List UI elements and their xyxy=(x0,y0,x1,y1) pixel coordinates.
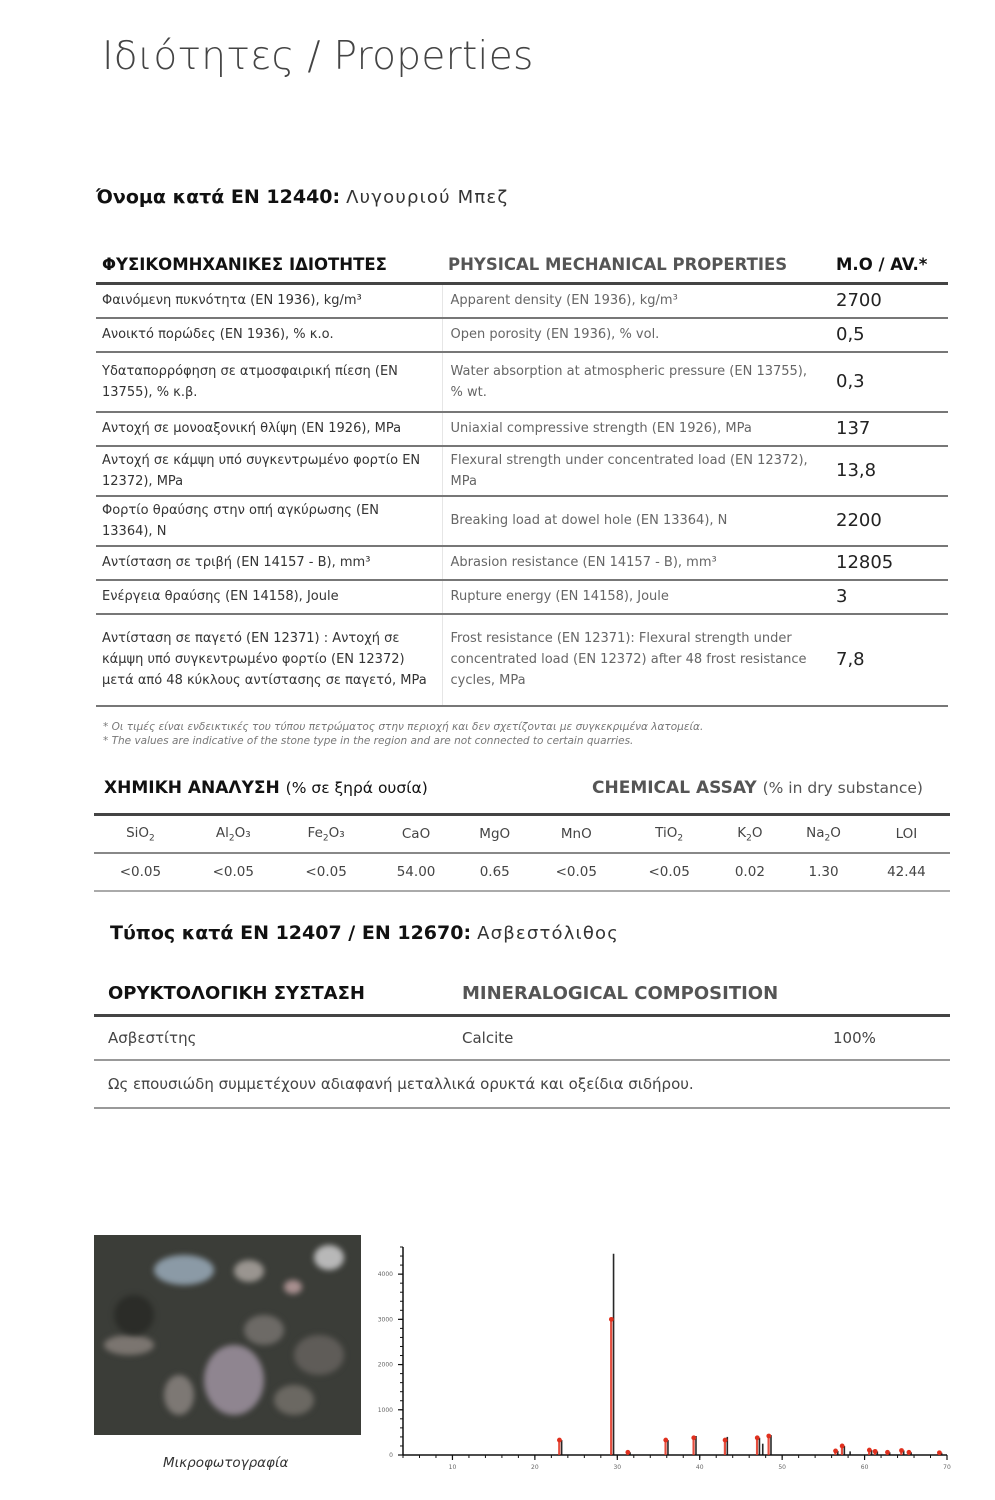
chemical-value: 42.44 xyxy=(863,853,950,891)
property-value: 0,3 xyxy=(826,352,948,412)
stone-name-line: Όνομα κατά EN 12440: Λυγουριού Μπεζ xyxy=(96,186,508,208)
property-english: Flexural strength under concentrated loa… xyxy=(442,446,826,496)
chemical-column-header: Fe2O₃ xyxy=(280,815,373,854)
chemical-value: 1.30 xyxy=(784,853,863,891)
micrograph-caption: Μικροφωτογραφία xyxy=(163,1455,288,1471)
property-english: Rupture energy (EN 14158), Joule xyxy=(442,580,826,614)
property-value: 0,5 xyxy=(826,318,948,352)
property-value: 2700 xyxy=(826,284,948,318)
stone-name-label: Όνομα κατά EN 12440: xyxy=(96,186,340,208)
svg-text:70: 70 xyxy=(943,1464,951,1471)
chemical-title-greek: ΧΗΜΙΚΗ ΑΝΑΛΥΣΗ (% σε ξηρά ουσία) xyxy=(104,778,428,798)
chemical-column-header: TiO2 xyxy=(623,815,716,854)
table-row: Ασβεστίτης Calcite 100% xyxy=(94,1016,950,1061)
mineral-header-greek: ΟΡΥΚΤΟΛΟΓΙΚΗ ΣΥΣΤΑΣΗ xyxy=(94,978,448,1016)
property-english: Apparent density (EN 1936), kg/m³ xyxy=(442,284,826,318)
header-greek: ΦΥΣΙΚΟΜΗΧΑΝΙΚΕΣ ΙΔΙΟΤΗΤΕΣ xyxy=(96,246,442,284)
physical-properties-table: ΦΥΣΙΚΟΜΗΧΑΝΙΚΕΣ ΙΔΙΟΤΗΤΕΣ PHYSICAL MECHA… xyxy=(96,246,948,707)
chemical-assay-table: SiO2Al2O₃Fe2O₃CaOMgOMnOTiO2K2ONa2OLOI <0… xyxy=(94,813,950,892)
property-english: Breaking load at dowel hole (EN 13364), … xyxy=(442,496,826,546)
header-english: PHYSICAL MECHANICAL PROPERTIES xyxy=(442,246,826,284)
svg-text:60: 60 xyxy=(861,1464,869,1471)
header-average: M.O / AV.* xyxy=(826,246,948,284)
table-row: Αντίσταση σε τριβή (EN 14157 - B), mm³ A… xyxy=(96,546,948,580)
stone-type-value: Ασβεστόλιθος xyxy=(477,923,619,944)
chemical-title-english-main: CHEMICAL ASSAY xyxy=(592,778,757,798)
svg-text:2000: 2000 xyxy=(378,1362,393,1369)
property-english: Uniaxial compressive strength (EN 1926),… xyxy=(442,412,826,446)
chemical-column-header: K2O xyxy=(716,815,785,854)
mineral-greek: Ασβεστίτης xyxy=(94,1016,448,1061)
chemical-value: <0.05 xyxy=(530,853,623,891)
property-greek: Αντίσταση σε τριβή (EN 14157 - B), mm³ xyxy=(96,546,442,580)
table-row: Αντοχή σε κάμψη υπό συγκεντρωμένο φορτίο… xyxy=(96,446,948,496)
chemical-column-header: MnO xyxy=(530,815,623,854)
property-value: 2200 xyxy=(826,496,948,546)
stone-type-label: Τύπος κατά EN 12407 / EN 12670: xyxy=(110,922,471,944)
property-english: Water absorption at atmospheric pressure… xyxy=(442,352,826,412)
chemical-title-greek-sub: (% σε ξηρά ουσία) xyxy=(286,779,428,797)
svg-text:10: 10 xyxy=(449,1464,457,1471)
stone-type-line: Τύπος κατά EN 12407 / EN 12670: Ασβεστόλ… xyxy=(110,922,619,944)
chemical-value: <0.05 xyxy=(187,853,280,891)
footnote-greek: * Οι τιμές είναι ενδεικτικές του τύπου π… xyxy=(103,720,703,734)
table-row: Ενέργεια θραύσης (EN 14158), Joule Ruptu… xyxy=(96,580,948,614)
property-english: Frost resistance (EN 12371): Flexural st… xyxy=(442,614,826,706)
property-value: 12805 xyxy=(826,546,948,580)
chemical-value: <0.05 xyxy=(94,853,187,891)
chemical-value: 0.65 xyxy=(460,853,530,891)
mineral-english: Calcite xyxy=(448,1016,819,1061)
svg-text:0: 0 xyxy=(389,1452,393,1459)
property-english: Abrasion resistance (EN 14157 - B), mm³ xyxy=(442,546,826,580)
page-title: Ιδιότητες / Properties xyxy=(102,34,534,79)
chemical-title-english-sub: (% in dry substance) xyxy=(763,779,923,797)
chemical-value: <0.05 xyxy=(623,853,716,891)
property-value: 13,8 xyxy=(826,446,948,496)
property-value: 7,8 xyxy=(826,614,948,706)
svg-text:20: 20 xyxy=(531,1464,539,1471)
svg-text:1000: 1000 xyxy=(378,1407,393,1414)
property-greek: Ενέργεια θραύσης (EN 14158), Joule xyxy=(96,580,442,614)
property-greek: Αντοχή σε κάμψη υπό συγκεντρωμένο φορτίο… xyxy=(96,446,442,496)
table-row: Υδαταπορρόφηση σε ατμοσφαιρική πίεση (EN… xyxy=(96,352,948,412)
chemical-value: <0.05 xyxy=(280,853,373,891)
table-row: Ανοικτό πορώδες (EN 1936), % κ.ο. Open p… xyxy=(96,318,948,352)
chemical-value: 0.02 xyxy=(716,853,785,891)
property-greek: Φαινόμενη πυκνότητα (EN 1936), kg/m³ xyxy=(96,284,442,318)
property-value: 137 xyxy=(826,412,948,446)
mineral-note: Ως επουσιώδη συμμετέχουν αδιαφανή μεταλλ… xyxy=(94,1060,950,1108)
svg-text:50: 50 xyxy=(778,1464,786,1471)
table-row: Αντίσταση σε παγετό (EN 12371) : Αντοχή … xyxy=(96,614,948,706)
svg-text:4000: 4000 xyxy=(378,1271,393,1278)
svg-text:3000: 3000 xyxy=(378,1316,393,1323)
xrd-chart: 1020304050607001000200030004000 xyxy=(365,1235,965,1480)
property-greek: Αντίσταση σε παγετό (EN 12371) : Αντοχή … xyxy=(96,614,442,706)
property-greek: Ανοικτό πορώδες (EN 1936), % κ.ο. xyxy=(96,318,442,352)
chemical-title-greek-main: ΧΗΜΙΚΗ ΑΝΑΛΥΣΗ xyxy=(104,778,280,798)
mineral-header-english: MINERALOGICAL COMPOSITION xyxy=(448,978,950,1016)
stone-name-value: Λυγουριού Μπεζ xyxy=(346,187,508,208)
svg-text:40: 40 xyxy=(696,1464,704,1471)
chemical-column-header: LOI xyxy=(863,815,950,854)
chemical-column-header: MgO xyxy=(460,815,530,854)
chemical-column-header: Al2O₃ xyxy=(187,815,280,854)
property-english: Open porosity (EN 1936), % vol. xyxy=(442,318,826,352)
table-row: Αντοχή σε μονοαξονική θλίψη (EN 1926), M… xyxy=(96,412,948,446)
property-value: 3 xyxy=(826,580,948,614)
table-row: Φαινόμενη πυκνότητα (EN 1936), kg/m³ App… xyxy=(96,284,948,318)
table-row: Φορτίο θραύσης στην οπή αγκύρωσης (EN 13… xyxy=(96,496,948,546)
micrograph-image xyxy=(94,1235,361,1435)
property-greek: Αντοχή σε μονοαξονική θλίψη (EN 1926), M… xyxy=(96,412,442,446)
footnote: * Οι τιμές είναι ενδεικτικές του τύπου π… xyxy=(103,720,703,748)
chemical-title-english: CHEMICAL ASSAY (% in dry substance) xyxy=(592,778,923,798)
chemical-header-row: SiO2Al2O₃Fe2O₃CaOMgOMnOTiO2K2ONa2OLOI xyxy=(94,815,950,854)
property-greek: Φορτίο θραύσης στην οπή αγκύρωσης (EN 13… xyxy=(96,496,442,546)
footnote-english: * The values are indicative of the stone… xyxy=(103,734,703,748)
chemical-column-header: Na2O xyxy=(784,815,863,854)
mineral-percent: 100% xyxy=(819,1016,950,1061)
chemical-values-row: <0.05<0.05<0.0554.000.65<0.05<0.050.021.… xyxy=(94,853,950,891)
mineralogical-table: ΟΡΥΚΤΟΛΟΓΙΚΗ ΣΥΣΤΑΣΗ MINERALOGICAL COMPO… xyxy=(94,978,950,1109)
chemical-column-header: SiO2 xyxy=(94,815,187,854)
property-greek: Υδαταπορρόφηση σε ατμοσφαιρική πίεση (EN… xyxy=(96,352,442,412)
svg-text:30: 30 xyxy=(613,1464,621,1471)
chemical-value: 54.00 xyxy=(373,853,460,891)
chemical-column-header: CaO xyxy=(373,815,460,854)
